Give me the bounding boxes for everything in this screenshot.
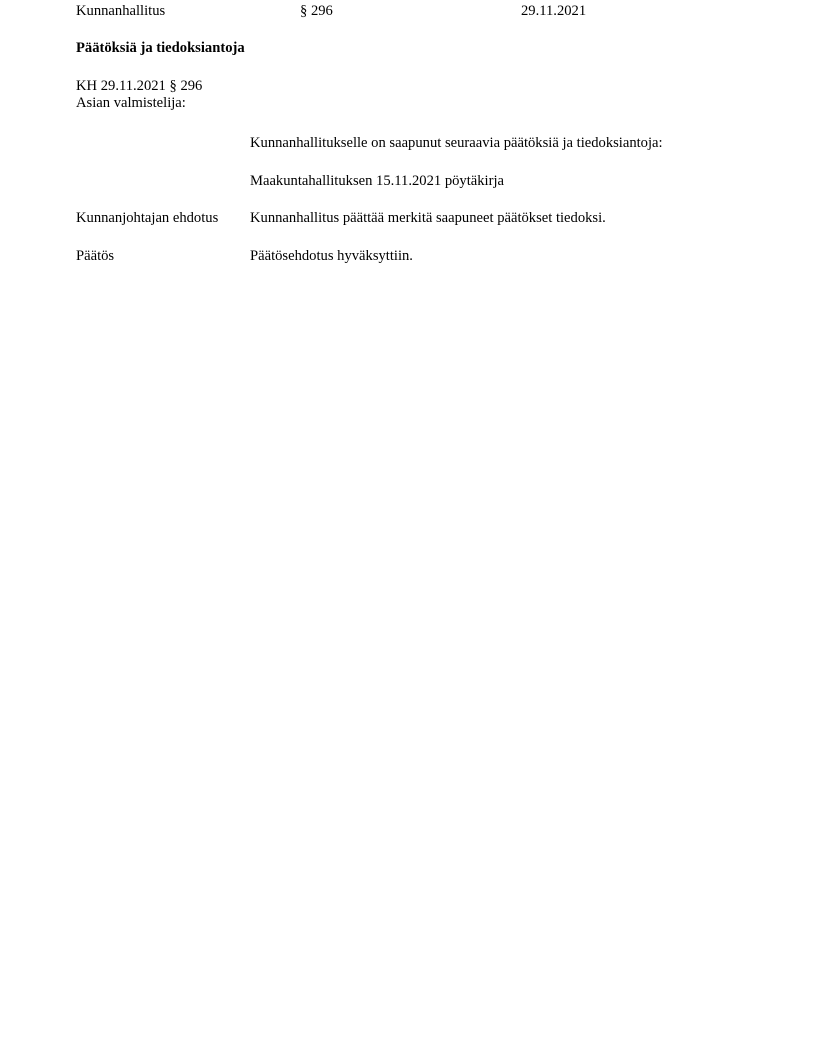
content-intro: Kunnanhallitukselle on saapunut seuraavi… — [250, 134, 663, 152]
content-item: Maakuntahallituksen 15.11.2021 pöytäkirj… — [250, 172, 504, 190]
decision-label: Päätös — [76, 247, 114, 265]
header-section: § 296 — [300, 2, 333, 20]
header-date: 29.11.2021 — [521, 2, 586, 20]
header-body: Kunnanhallitus — [76, 2, 165, 20]
proposal-text: Kunnanhallitus päättää merkitä saapuneet… — [250, 209, 606, 227]
proposal-label: Kunnanjohtajan ehdotus — [76, 209, 218, 227]
page-title: Päätöksiä ja tiedoksiantoja — [76, 39, 245, 57]
reference: KH 29.11.2021 § 296 — [76, 77, 202, 95]
decision-text: Päätösehdotus hyväksyttiin. — [250, 247, 413, 265]
preparer-label: Asian valmistelija: — [76, 94, 186, 112]
